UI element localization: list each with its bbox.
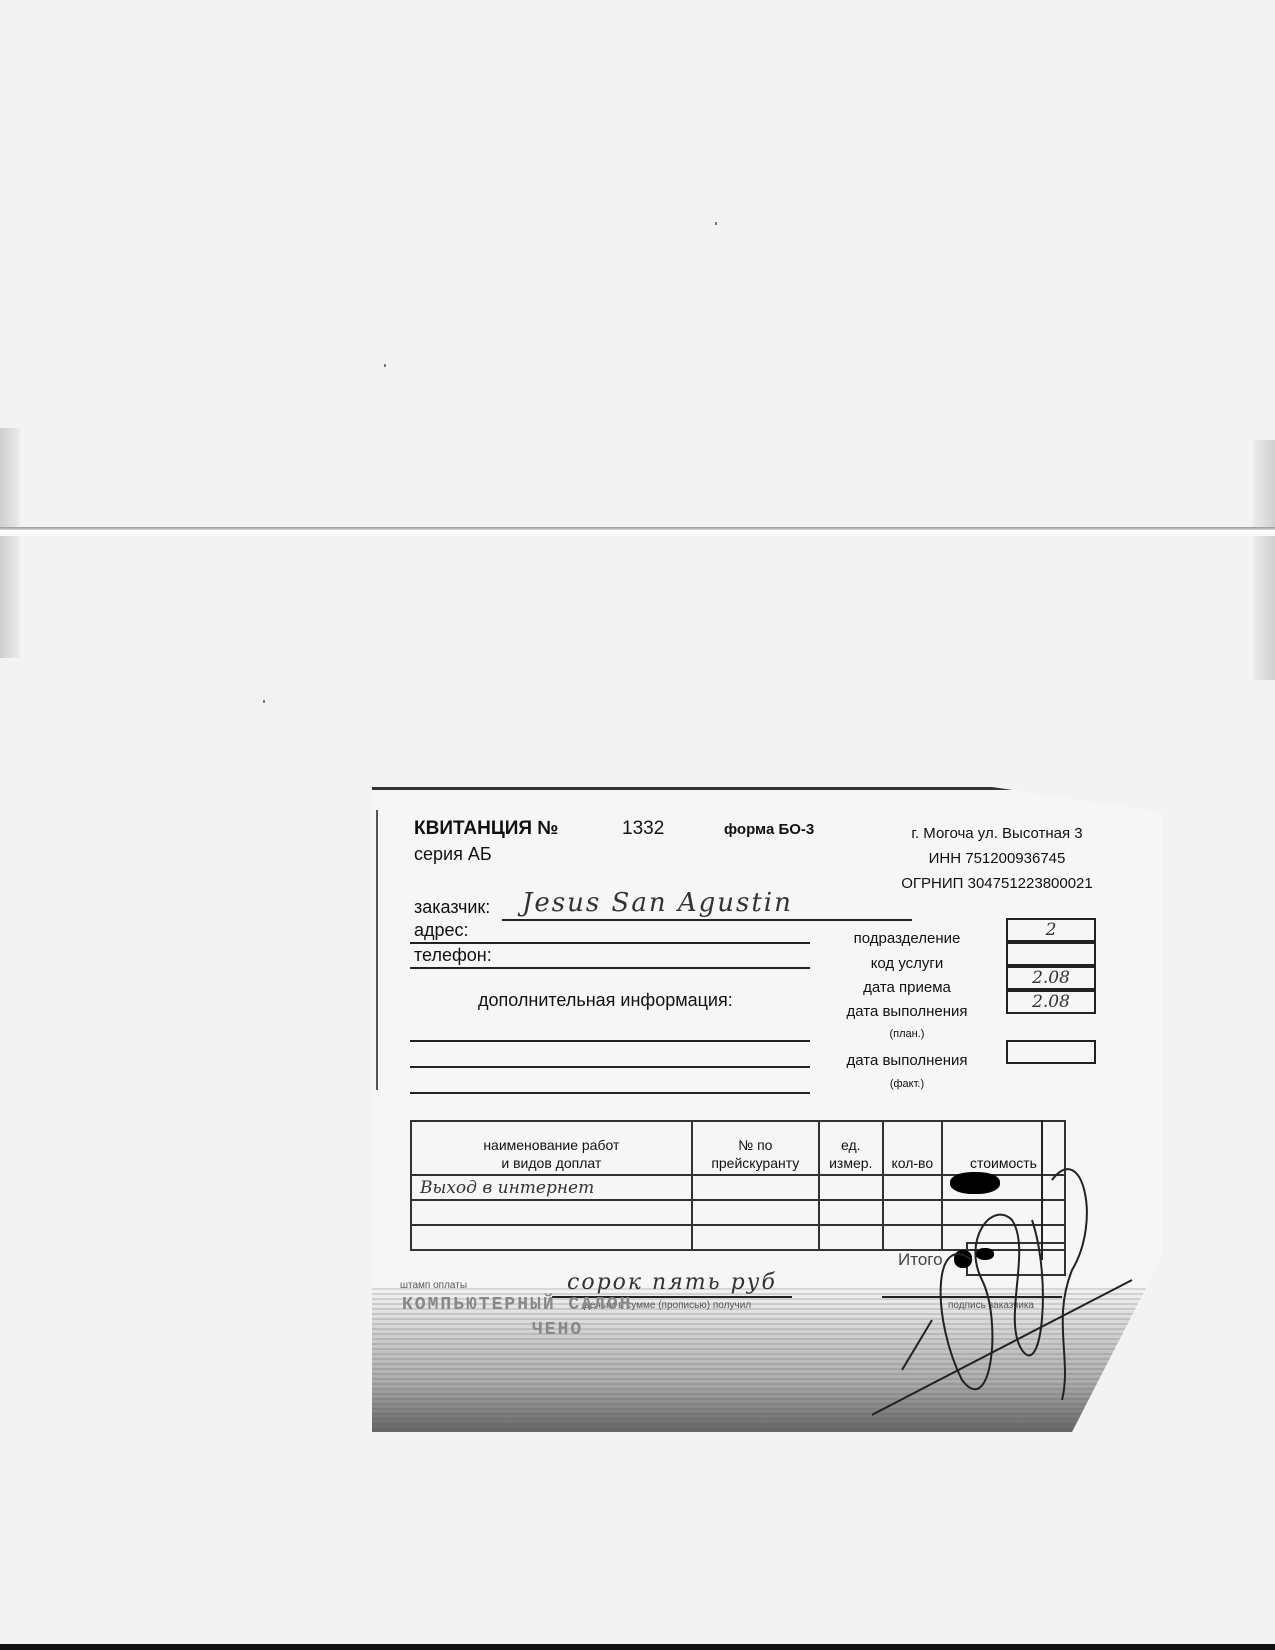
stamp-line2: ЧЕНО — [532, 1320, 583, 1340]
receipt-number: 1332 — [622, 818, 664, 840]
address-label: адрес: — [414, 920, 469, 941]
receipt-title: КВИТАНЦИЯ № — [414, 818, 558, 840]
fact-date-box — [1006, 1040, 1096, 1064]
total-label: Итого — [898, 1250, 943, 1270]
org-inn: ИНН 751200936745 — [872, 846, 1122, 871]
org-details: г. Могоча ул. Высотная 3 ИНН 75120093674… — [872, 821, 1122, 896]
redaction-total — [976, 1248, 994, 1260]
side-label-plan-date: дата выполнения — [822, 1003, 992, 1020]
speck — [384, 364, 386, 367]
scanner-edge — [0, 1644, 1275, 1650]
customer-value: Jesus San Agustin — [522, 888, 793, 918]
accept-date-box: 2.08 — [1006, 966, 1096, 990]
info-line — [410, 1066, 810, 1068]
form-code: форма БО-3 — [724, 821, 814, 838]
fact-note: (факт.) — [822, 1078, 992, 1090]
payment-stamp-label: штамп оплаты — [400, 1280, 467, 1291]
phone-label: телефон: — [414, 945, 492, 966]
additional-info-label: дополнительная информация: — [478, 990, 733, 1011]
side-label-accept-date: дата приема — [822, 979, 992, 996]
cell — [819, 1175, 883, 1200]
col-header-cost: стоимость — [942, 1121, 1065, 1175]
org-address: г. Могоча ул. Высотная 3 — [872, 821, 1122, 846]
customer-signature-label: подпись заказчика — [948, 1300, 1034, 1311]
org-ogrnip: ОГРНИП 304751223800021 — [872, 871, 1122, 896]
redaction-cost — [950, 1172, 1000, 1194]
cell-service: Выход в интернет — [411, 1175, 692, 1200]
fold-highlight — [0, 530, 1275, 536]
page-edge-left — [0, 428, 20, 658]
table-row — [411, 1200, 1065, 1225]
customer-label: заказчик: — [414, 897, 490, 918]
info-line — [410, 1040, 810, 1042]
amount-words: сорок пять руб — [567, 1270, 777, 1295]
col-header-name: наименование работ и видов доплат — [411, 1121, 692, 1175]
customer-line — [502, 919, 912, 921]
address-line — [410, 942, 810, 944]
info-line — [410, 1092, 810, 1094]
receipt-series: серия АБ — [414, 844, 492, 865]
division-box: 2 — [1006, 918, 1096, 942]
service-code-box — [1006, 942, 1096, 966]
signature-line — [882, 1296, 1062, 1298]
perforation-edge — [376, 810, 378, 1090]
speck — [263, 700, 265, 703]
plan-date-box: 2.08 — [1006, 990, 1096, 1014]
col-header-qty: кол-во — [883, 1121, 942, 1175]
side-label-division: подразделение — [822, 930, 992, 947]
phone-line — [410, 967, 810, 969]
receipt: КВИТАНЦИЯ № 1332 форма БО-3 серия АБ г. … — [372, 787, 1162, 1435]
col-header-price-no: № по прейскуранту — [692, 1121, 819, 1175]
cell — [883, 1175, 942, 1200]
side-label-service-code: код услуги — [822, 955, 992, 972]
col-header-unit: ед. измер. — [819, 1121, 883, 1175]
side-label-fact-date: дата выполнения — [822, 1052, 992, 1069]
redaction-total — [954, 1250, 972, 1268]
speck — [715, 222, 717, 225]
page-edge-right — [1253, 440, 1275, 680]
cell — [692, 1175, 819, 1200]
table-header: наименование работ и видов доплат № по п… — [411, 1121, 1065, 1175]
stamp-line1: КОМПЬЮТЕРНЫЙ САЛОН — [402, 1295, 632, 1315]
plan-note: (план.) — [822, 1028, 992, 1040]
